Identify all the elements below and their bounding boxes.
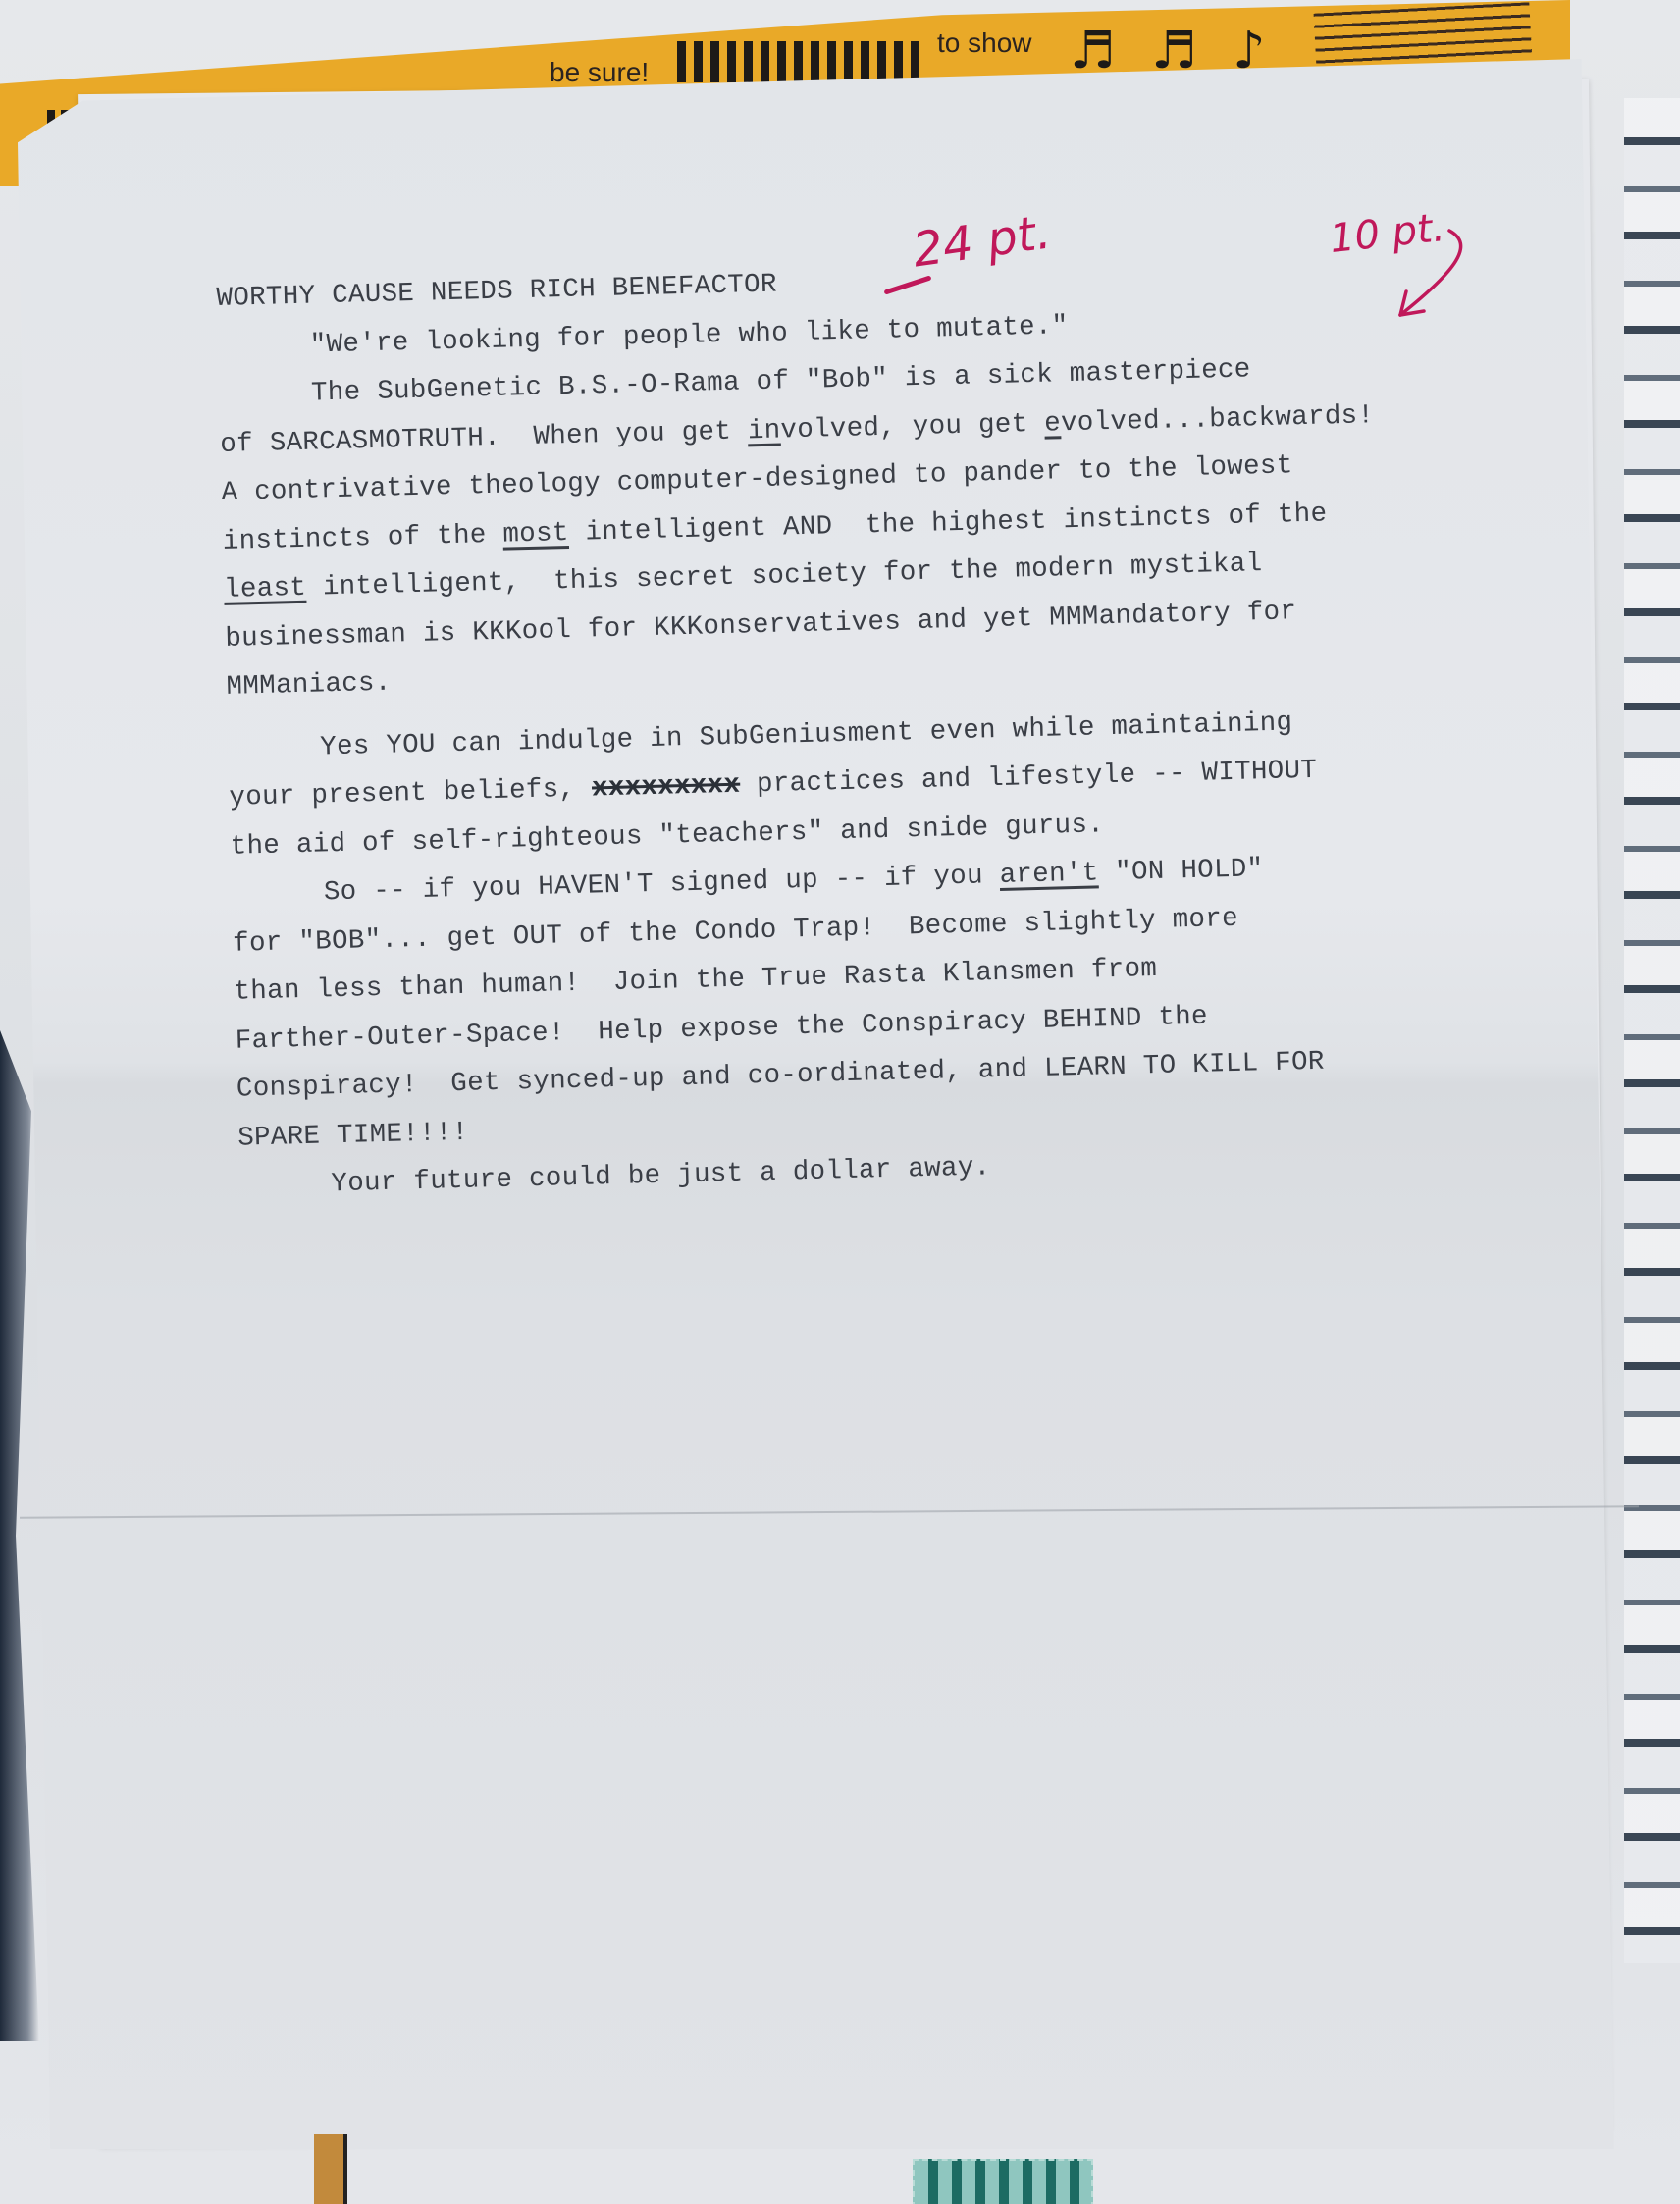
- piano-keys-graphic: [677, 41, 927, 82]
- background-printed-paper: [1624, 98, 1680, 1963]
- document-paragraphs: "We're looking for people who like to mu…: [217, 289, 1593, 1212]
- underlined-word: in: [748, 415, 781, 446]
- underlined-word: e: [1044, 408, 1062, 439]
- document-body: WORTHY CAUSE NEEDS RICH BENEFACTOR "We'r…: [216, 240, 1594, 1211]
- folder-tab: [314, 2134, 347, 2204]
- envelope-text-be-sure: be sure!: [550, 57, 649, 88]
- underlined-word: least: [224, 573, 307, 605]
- envelope-text-to-show: to show: [937, 27, 1032, 59]
- underlined-word: most: [502, 517, 569, 550]
- underlined-word: aren't: [999, 858, 1099, 891]
- postage-stamp: [913, 2159, 1093, 2204]
- struck-out-word: xxxxxxxxx: [592, 770, 741, 805]
